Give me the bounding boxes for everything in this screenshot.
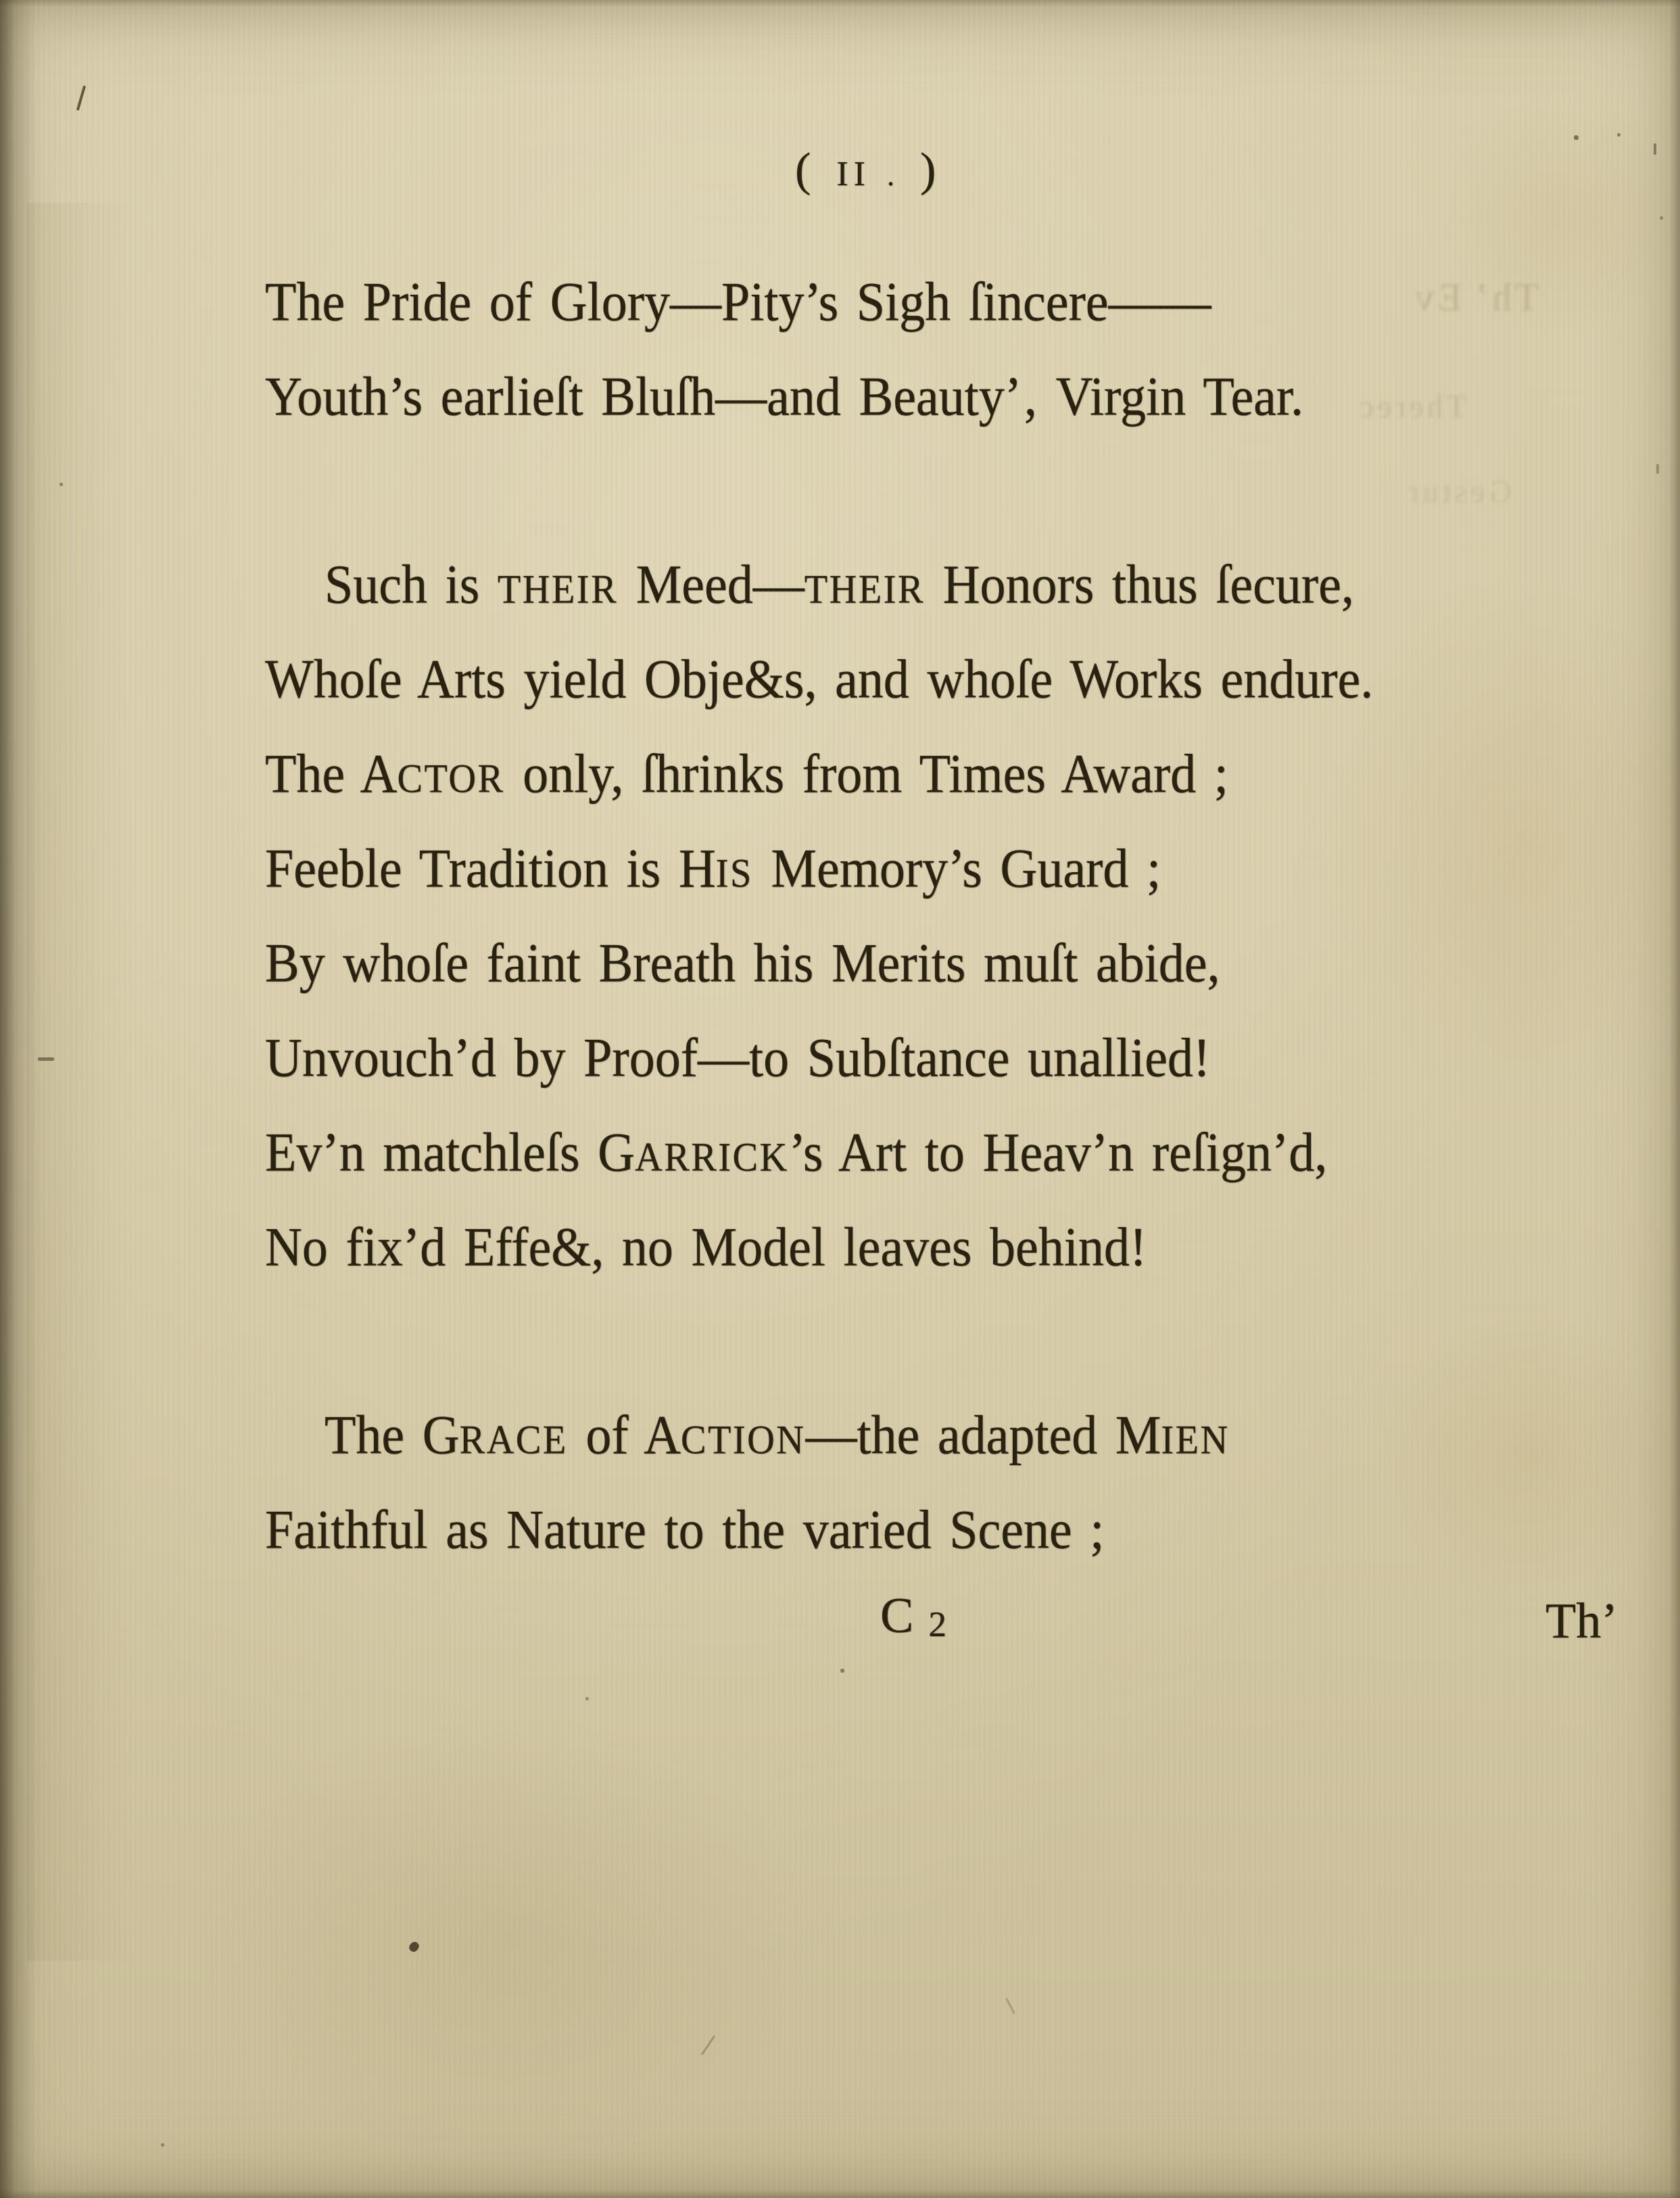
poem-line: Faithful as Nature to the varied Scene ; (265, 1479, 1617, 1581)
paren-close: ) (920, 144, 944, 196)
poem-line: Unvouch’d by Proof—to Subſtance unallied… (265, 1007, 1617, 1109)
small-caps-text: ctor (397, 757, 504, 801)
small-caps-text: their (498, 567, 618, 612)
poem-text-segment: Ev’n matchleſs G (265, 1122, 635, 1183)
paper-stain (196, 1717, 818, 2164)
ink-speck (161, 2143, 164, 2147)
poem-text-segment: The G (325, 1405, 460, 1466)
signature-mark: C2 (880, 1587, 946, 1645)
ink-speck (1654, 143, 1656, 155)
ink-speck (38, 1057, 54, 1061)
ink-speck (1005, 1998, 1015, 2014)
poem-text-segment: Feeble Tradition is H (265, 838, 716, 899)
stanza: The Pride of Glory—Pity’s Sigh ſincere——… (265, 252, 1617, 441)
poem-line: Ev’n matchleſs Garrick’s Art to Heav’n r… (265, 1102, 1617, 1203)
poem-line: Whoſe Arts yield Obje&s, and whoſe Works… (265, 629, 1617, 730)
small-caps-text: arrick (635, 1135, 789, 1180)
poem-text-segment: Whoſe Arts yield Obje&s, and whoſe Works… (265, 649, 1373, 710)
poem-text-segment: Meed— (618, 554, 805, 615)
poem-text-segment: Faithful as Nature to the varied Scene ; (265, 1500, 1104, 1560)
header-dot: . (887, 159, 903, 192)
stanza: Such is their Meed—their Honors thus ſec… (265, 534, 1617, 1291)
page-edge-bottom (0, 2190, 1680, 2198)
small-caps-text: ction (681, 1418, 805, 1462)
catchword: Th’ (1545, 1593, 1618, 1650)
poem-text-segment: The Pride of Glory—Pity’s Sigh ſincere—— (265, 272, 1211, 333)
ink-speck (585, 1697, 589, 1700)
poem-line: The Actor only, ſhrinks from Times Award… (265, 723, 1617, 825)
poem-text-segment: Youth’s earlieſt Bluſh—and Beauty’‚ Virg… (265, 366, 1303, 427)
ink-speck (1574, 135, 1579, 140)
poem-line: The Grace of Action—the adapted Mien (265, 1385, 1617, 1486)
page-number-header: (II.) (795, 143, 944, 197)
binding-edge (0, 0, 37, 2198)
page-edge-right (1669, 0, 1680, 2198)
ink-speck (1660, 216, 1663, 220)
poem-text-segment: No fix’d Effe&, no Model leaves behind! (265, 1217, 1147, 1278)
signature-letter: C (880, 1588, 913, 1644)
ink-speck (840, 1669, 844, 1673)
poem-line: Such is their Meed—their Honors thus ſec… (265, 534, 1617, 636)
small-caps-text: their (805, 567, 925, 612)
poem-text-segment: Unvouch’d by Proof—to Subſtance unallied… (265, 1028, 1210, 1089)
signature-number: 2 (928, 1604, 946, 1644)
scanned-book-page: Th’ Ev Therec Gestur (II.) The Pride of … (0, 0, 1680, 2198)
stanza: The Grace of Action—the adapted MienFait… (265, 1385, 1617, 1574)
poem-line: No fix’d Effe&, no Model leaves behind! (265, 1197, 1617, 1298)
poem-line: Feeble Tradition is His Memory’s Guard ; (265, 818, 1617, 919)
page-number: II (836, 155, 871, 193)
ink-speck (76, 85, 86, 111)
poem-text: The Pride of Glory—Pity’s Sigh ſincere——… (265, 252, 1617, 1667)
poem-line: Youth’s earlieſt Bluſh—and Beauty’‚ Virg… (265, 346, 1617, 448)
poem-line: By whoſe faint Breath his Merits muſt ab… (265, 913, 1617, 1014)
poem-line: The Pride of Glory—Pity’s Sigh ſincere—— (265, 252, 1617, 353)
ink-speck (701, 2035, 715, 2055)
poem-text-segment: —the adapted M (805, 1405, 1161, 1466)
poem-text-segment: only, ſhrinks from Times Award ; (505, 744, 1228, 805)
page-edge-top (0, 0, 1680, 7)
poem-text-segment: ’s Art to Heav’n reſign’d, (789, 1122, 1328, 1183)
poem-text-segment: of A (568, 1405, 681, 1466)
poem-text-segment: The A (265, 744, 397, 805)
poem-text-segment: Memory’s Guard ; (753, 838, 1161, 899)
poem-text-segment: Honors thus ſecure, (925, 554, 1354, 615)
ink-speck (1656, 464, 1659, 474)
ink-speck (408, 1940, 421, 1954)
small-caps-text: is (716, 851, 753, 896)
ink-speck (59, 483, 63, 486)
poem-text-segment: By whoſe faint Breath his Merits muſt ab… (265, 933, 1220, 994)
ink-speck (1617, 133, 1621, 137)
poem-text-segment: Such is (325, 554, 498, 615)
paper-stain (27, 203, 135, 1961)
paren-open: ( (795, 144, 819, 196)
small-caps-text: race (460, 1418, 568, 1462)
small-caps-text: ien (1161, 1418, 1229, 1462)
